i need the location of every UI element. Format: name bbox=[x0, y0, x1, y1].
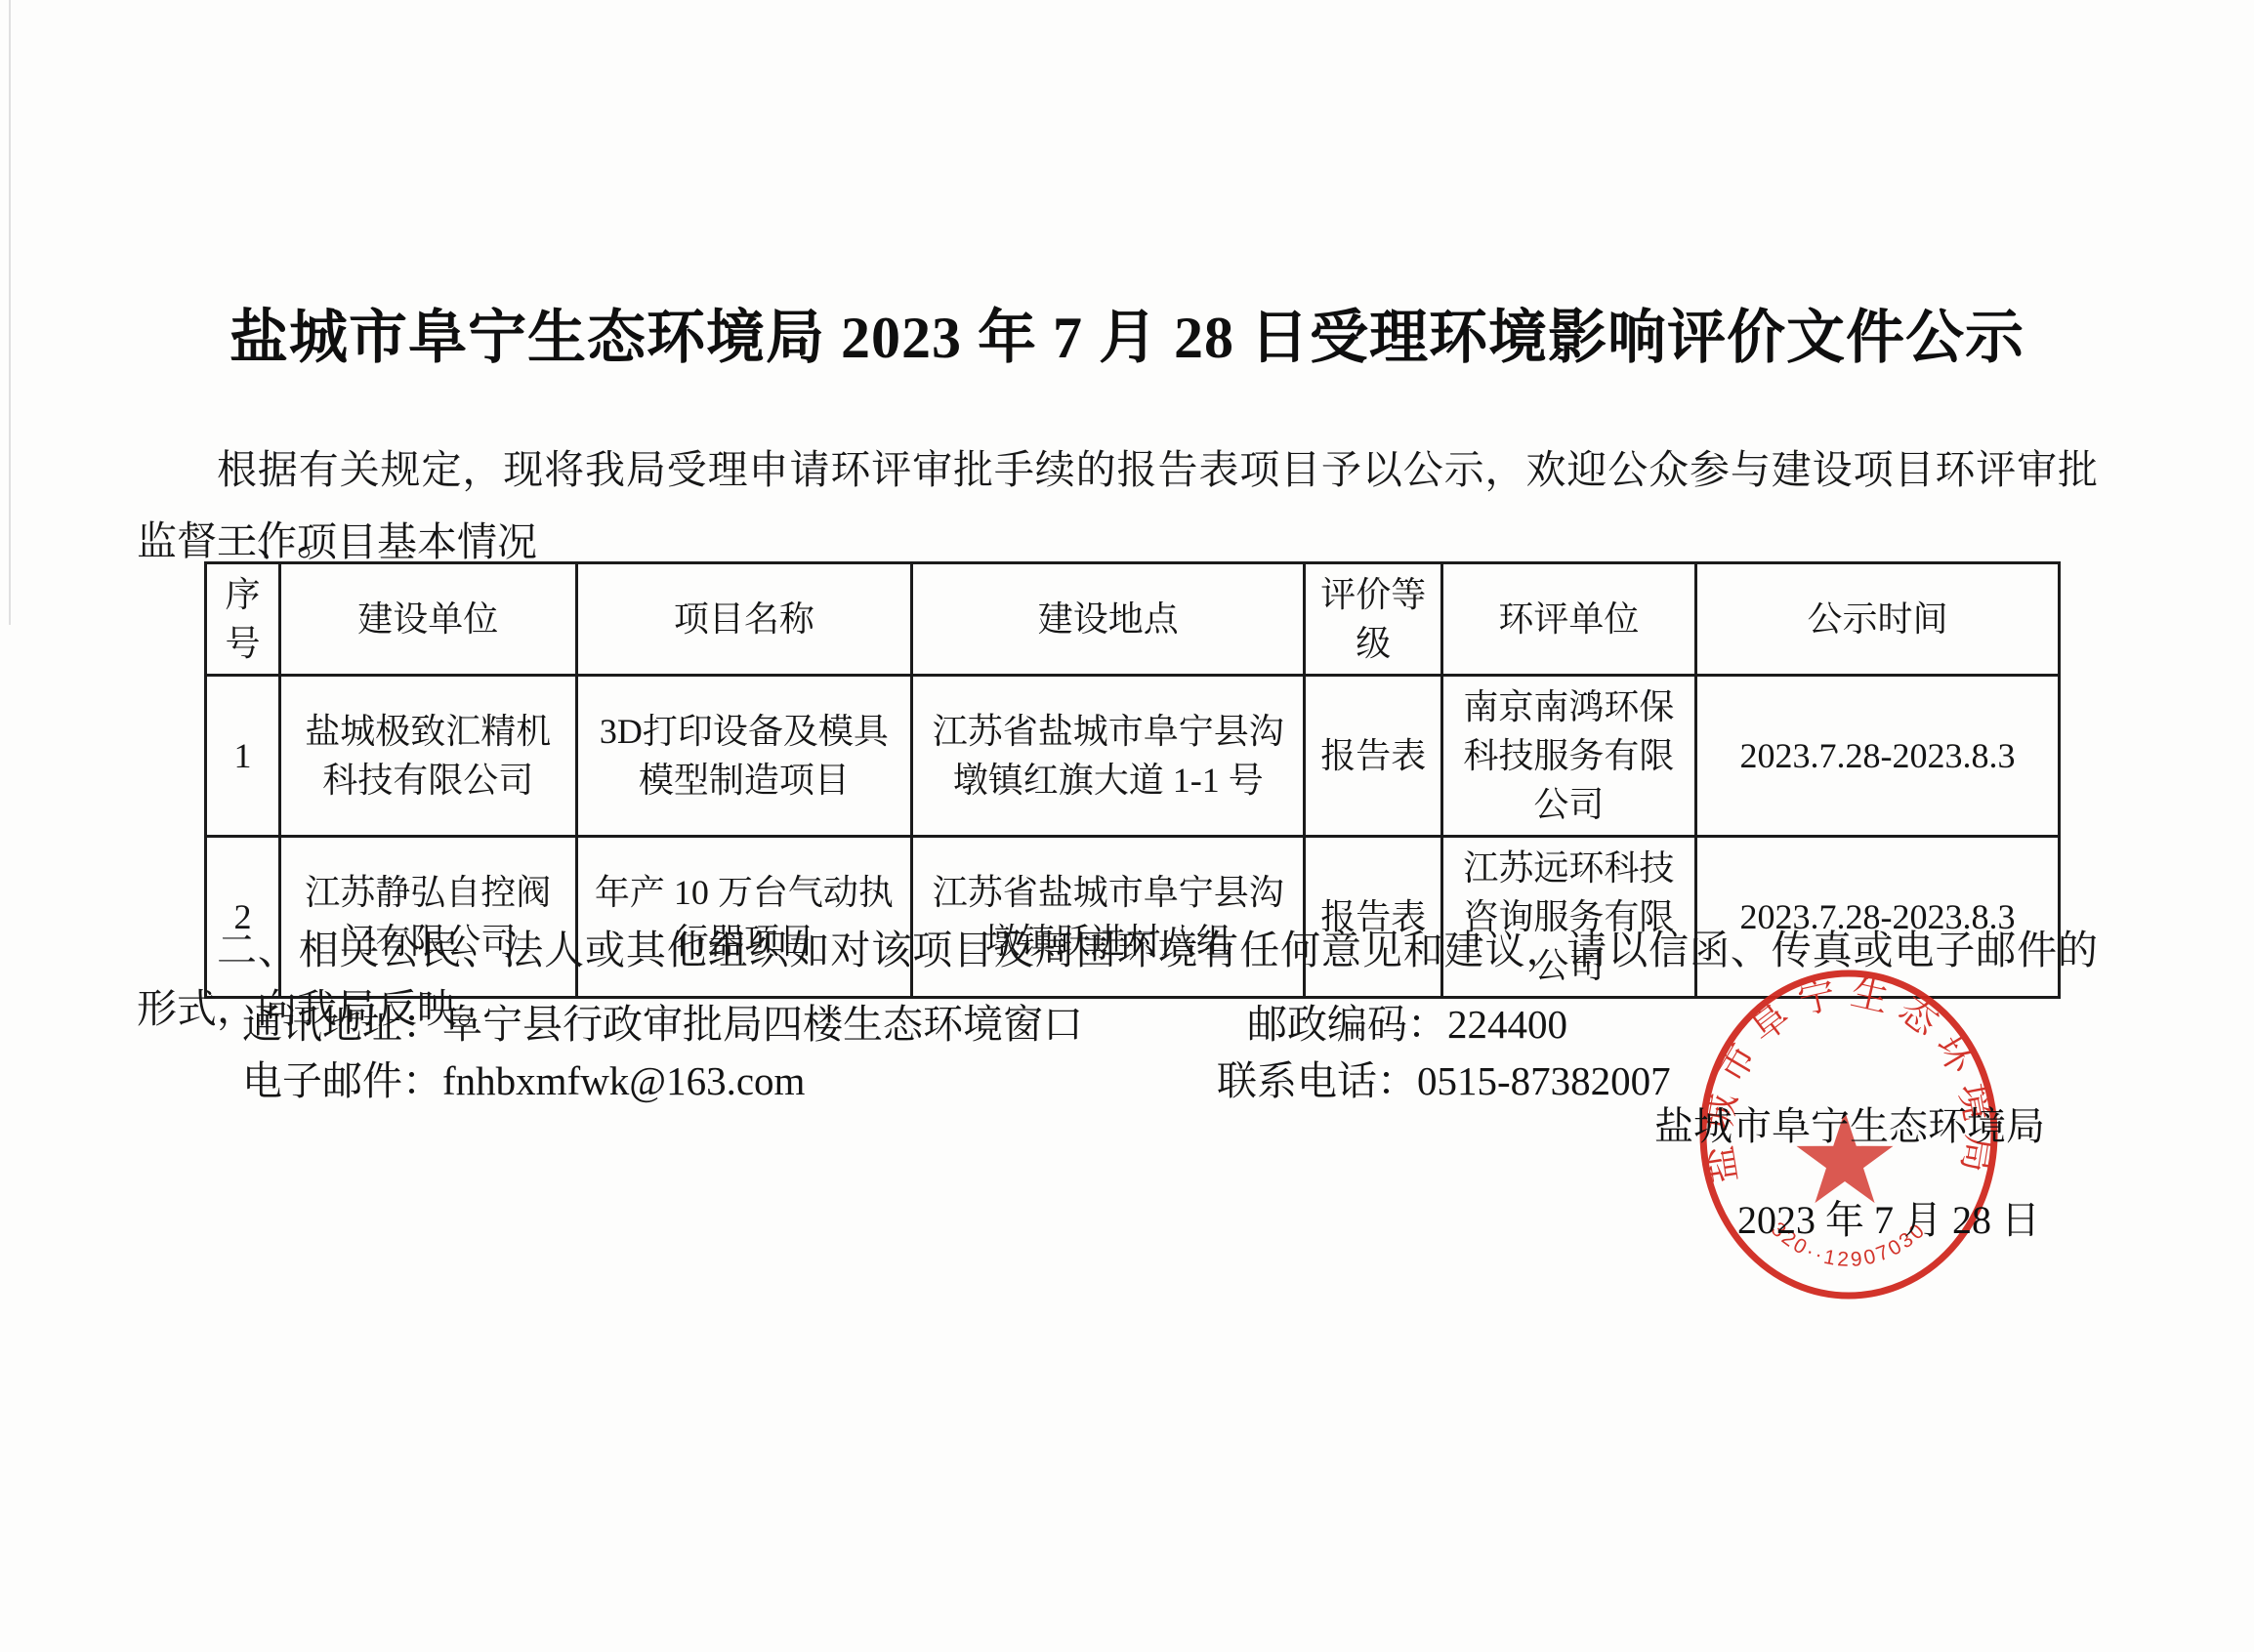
table-header-row: 序号 建设单位 项目名称 建设地点 评价等级 环评单位 公示时间 bbox=[206, 563, 2060, 676]
col-header-level: 评价等级 bbox=[1305, 563, 1441, 676]
col-header-project: 项目名称 bbox=[576, 563, 912, 676]
postal-value: 224400 bbox=[1447, 1002, 1567, 1047]
col-header-company: 建设单位 bbox=[279, 563, 576, 676]
col-header-period: 公示时间 bbox=[1695, 563, 2059, 676]
contact-phone: 联系电话：0515-87382007 bbox=[1217, 1049, 1671, 1106]
col-header-location: 建设地点 bbox=[912, 563, 1305, 676]
contact-address: 通讯地址：阜宁县行政审批局四楼生态环境窗口 bbox=[242, 992, 1083, 1050]
col-header-no: 序号 bbox=[206, 563, 280, 676]
table-row: 1 盐城极致汇精机科技有限公司 3D打印设备及模具模型制造项目 江苏省盐城市阜宁… bbox=[206, 676, 2060, 837]
signature-org: 盐城市阜宁生态环境局 bbox=[1654, 1095, 2065, 1151]
phone-value: 0515-87382007 bbox=[1417, 1058, 1671, 1103]
cell-company: 盐城极致汇精机科技有限公司 bbox=[279, 676, 576, 837]
address-value: 阜宁县行政审批局四楼生态环境窗口 bbox=[442, 1002, 1083, 1047]
cell-agency: 南京南鸿环保科技服务有限公司 bbox=[1441, 676, 1695, 837]
cell-no: 1 bbox=[206, 676, 280, 837]
section1-heading: 一、项目基本情况 bbox=[137, 510, 2098, 567]
email-value: fnhbxmfwk@163.com bbox=[442, 1058, 805, 1103]
address-label: 通讯地址： bbox=[242, 1002, 442, 1047]
phone-label: 联系电话： bbox=[1217, 1058, 1417, 1103]
email-label: 电子邮件： bbox=[242, 1058, 442, 1103]
signature-date: 2023 年 7 月 28 日 bbox=[1737, 1189, 2040, 1245]
scanned-notice-page: 盐城市阜宁生态环境局 2023 年 7 月 28 日受理环境影响评价文件公示 根… bbox=[0, 0, 2254, 1652]
cell-period: 2023.7.28-2023.8.3 bbox=[1695, 676, 2059, 837]
page-title: 盐城市阜宁生态环境局 2023 年 7 月 28 日受理环境影响评价文件公示 bbox=[0, 291, 2254, 375]
contact-email: 电子邮件：fnhbxmfwk@163.com bbox=[242, 1049, 805, 1106]
cell-project: 3D打印设备及模具模型制造项目 bbox=[576, 676, 912, 837]
postal-label: 邮政编码： bbox=[1247, 1002, 1447, 1047]
cell-location: 江苏省盐城市阜宁县沟墩镇红旗大道 1-1 号 bbox=[912, 676, 1305, 837]
cell-level: 报告表 bbox=[1305, 676, 1441, 837]
col-header-agency: 环评单位 bbox=[1441, 563, 1695, 676]
contact-postal: 邮政编码：224400 bbox=[1247, 992, 1567, 1050]
